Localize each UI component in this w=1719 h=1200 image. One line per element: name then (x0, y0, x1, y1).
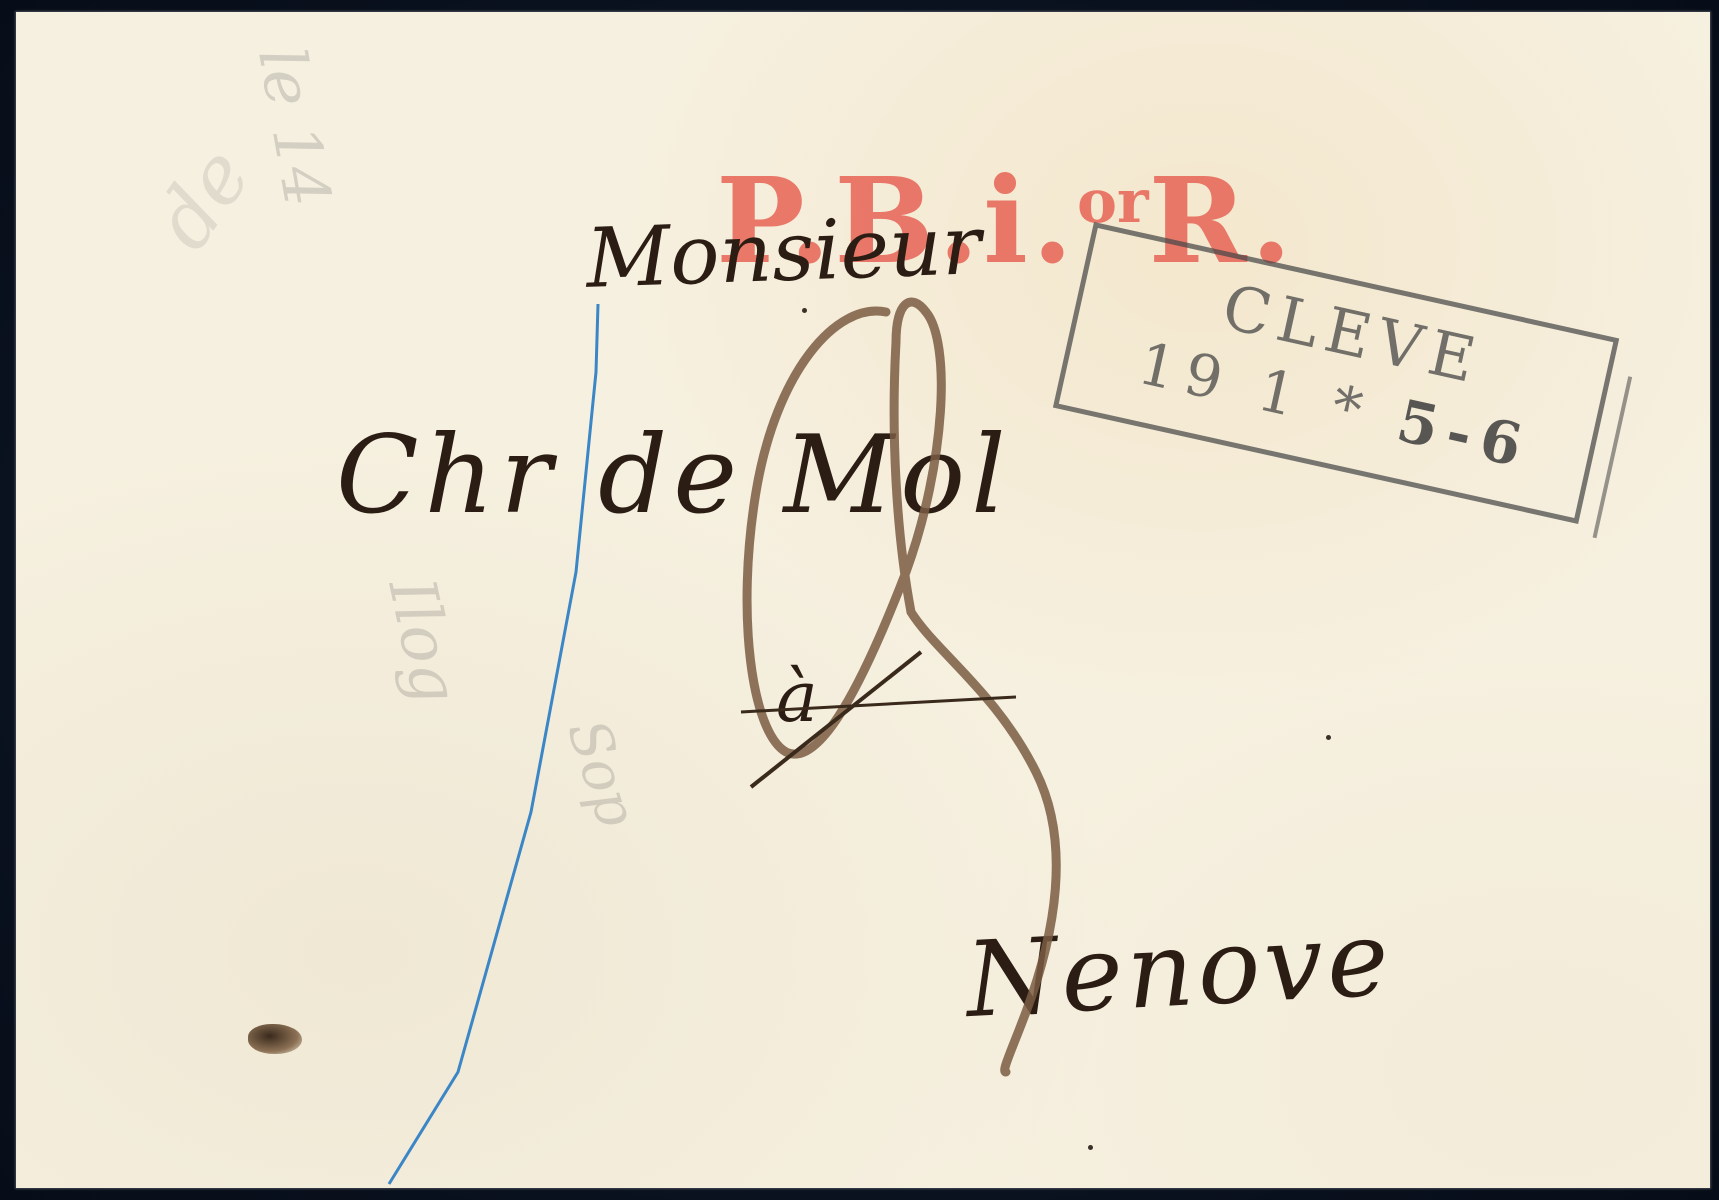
address-preposition: à (776, 662, 818, 732)
address-salutation: Monsieur (585, 205, 983, 301)
ink-speck (802, 308, 807, 313)
ink-stain (248, 1024, 302, 1054)
address-addressee: Chr de Mol (336, 422, 1012, 530)
ink-speck (1326, 735, 1331, 740)
star-icon: * (1325, 372, 1378, 447)
postmark-time: 5-6 (1391, 386, 1537, 482)
ink-speck (1088, 1145, 1093, 1150)
address-destination: Nenove (964, 906, 1395, 1032)
letter-cover: le 14 Ilog Sop de P.B.i.orR. CLEVE 19 1 … (16, 12, 1710, 1188)
